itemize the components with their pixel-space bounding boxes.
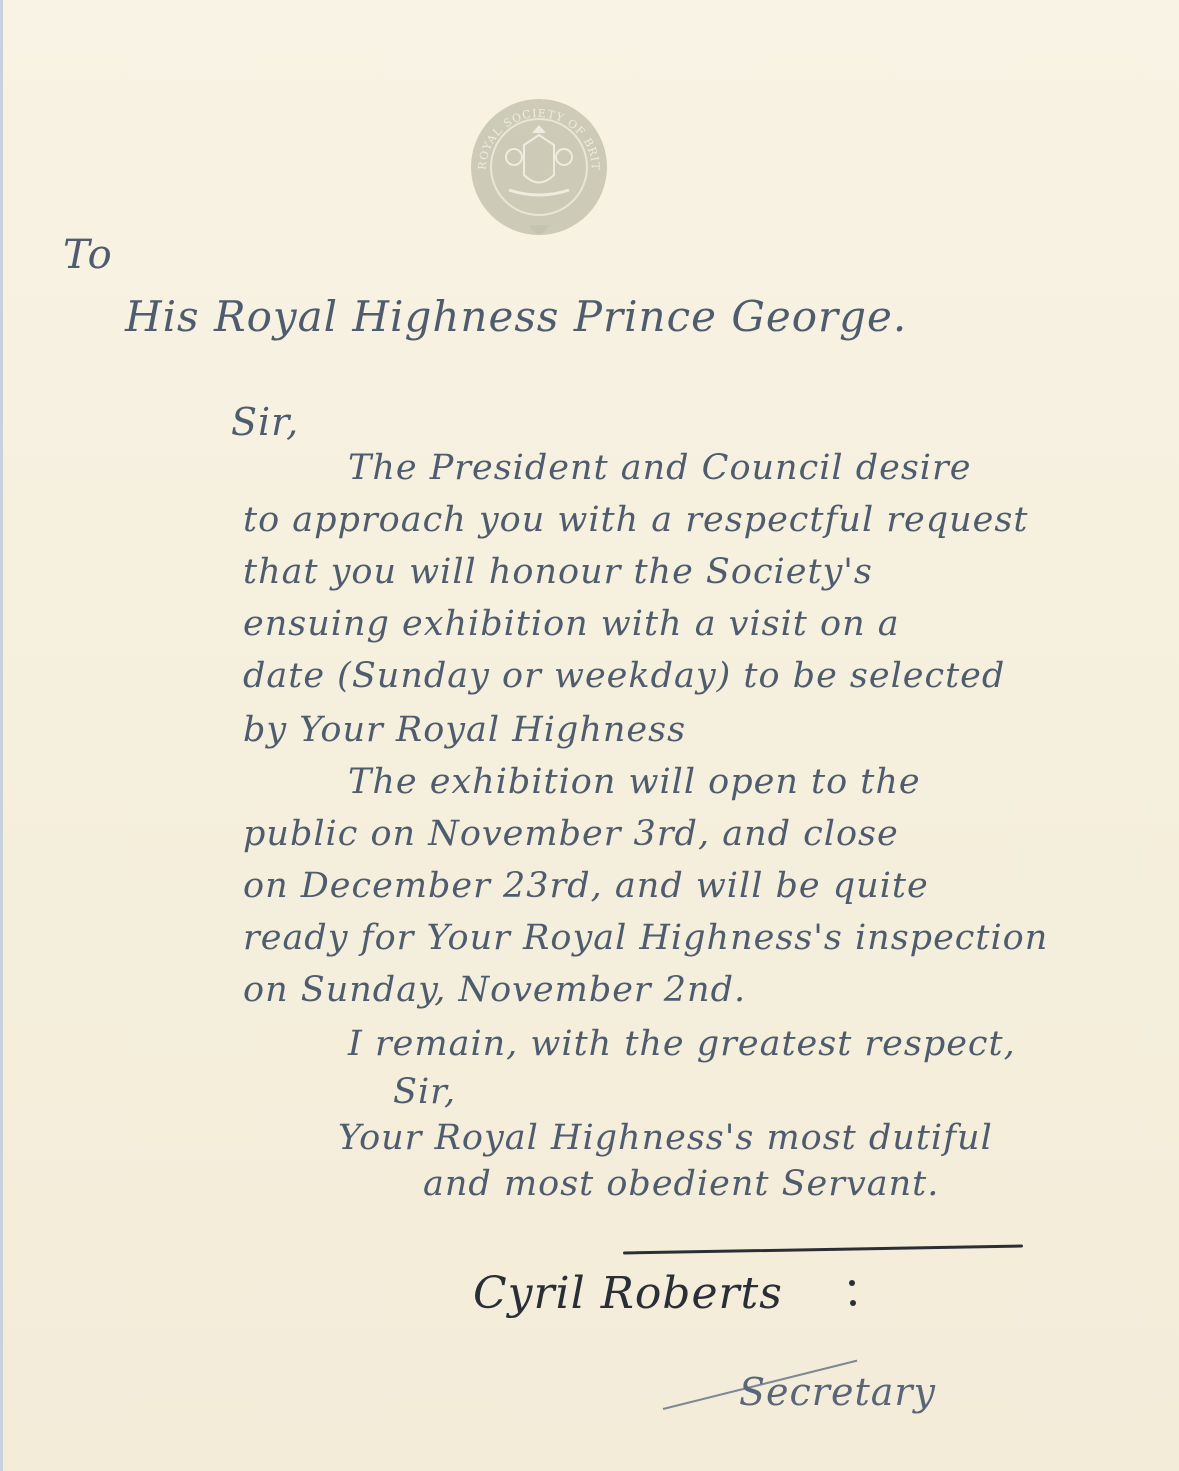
body-line: to approach you with a respectful reques… [243,500,1028,540]
body-line: public on November 3rd, and close [243,814,899,854]
signature-flourish [623,1245,1023,1255]
body-line: ensuing exhibition with a visit on a [243,604,900,644]
body-line: that you will honour the Society's [243,552,873,592]
closing-sir: Sir, [393,1072,456,1112]
signature-colon-dot [850,1300,856,1306]
signature-colon-dot [849,1280,855,1286]
body-line: by Your Royal Highness [243,710,686,750]
body-line: on Sunday, November 2nd. [243,970,746,1010]
society-seal-icon: ROYAL SOCIETY OF BRITISH ARTISTS [464,95,614,245]
body-line: date (Sunday or weekday) to be selected [243,656,1005,696]
closing-line: I remain, with the greatest respect, [348,1024,1016,1064]
body-line: The President and Council desire [348,448,971,488]
addressee: His Royal Highness Prince George. [125,292,907,341]
body-line: ready for Your Royal Highness's inspecti… [243,918,1048,958]
salutation: Sir, [231,400,299,444]
body-line: on December 23rd, and will be quite [243,866,929,906]
signature-title: Secretary [739,1370,936,1414]
closing-line: and most obedient Servant. [423,1164,939,1204]
closing-line: Your Royal Highness's most dutiful [338,1118,993,1158]
signature: Cyril Roberts [473,1268,783,1319]
letter-page: ROYAL SOCIETY OF BRITISH ARTISTS To His … [0,0,1179,1471]
to-label: To [63,232,113,278]
body-line: The exhibition will open to the [348,762,921,802]
